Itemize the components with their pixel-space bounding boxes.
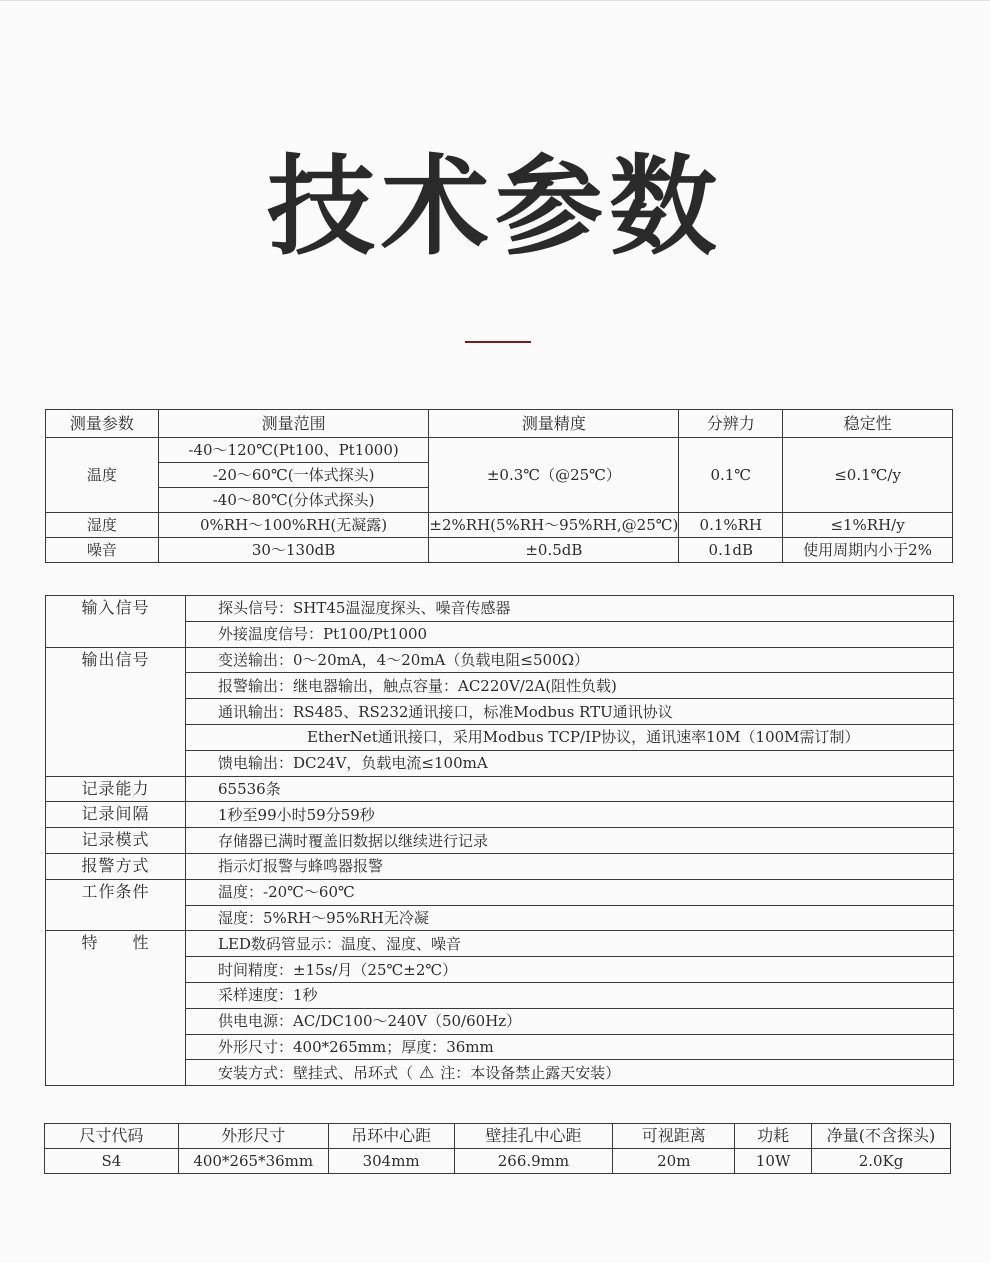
table-row: 工作条件 温度：-20℃～60℃ <box>46 879 954 905</box>
resolution-cell: 0.1%RH <box>679 513 783 538</box>
spec-value: 探头信号：SHT45温湿度探头、噪音传感器 <box>186 596 954 622</box>
spec-value: 馈电输出：DC24V，负载电流≤100mA <box>186 750 954 776</box>
page-title: 技术参数 <box>0 148 990 268</box>
spec-table: 输入信号 探头信号：SHT45温湿度探头、噪音传感器 外接温度信号：Pt100/… <box>45 595 954 1086</box>
value-cell: 266.9mm <box>454 1149 613 1174</box>
table-row: S4 400*265*36mm 304mm 266.9mm 20m 10W 2.… <box>45 1149 951 1174</box>
range-cell: -40～80℃(分体式探头) <box>158 488 429 513</box>
value-cell: 400*265*36mm <box>178 1149 328 1174</box>
spec-value: 存储器已满时覆盖旧数据以继续进行记录 <box>186 828 954 854</box>
spec-value: 采样速度：1秒 <box>186 982 954 1008</box>
table-row: 湿度 0%RH～100%RH(无凝露) ±2%RH(5%RH～95%RH,@25… <box>46 513 953 538</box>
spec-value: 变送输出：0～20mA，4～20mA（负载电阻≤500Ω） <box>186 647 954 673</box>
spec-label-alarm-mode: 报警方式 <box>46 853 186 879</box>
header-cell: 可视距离 <box>613 1124 735 1149</box>
table-header-row: 尺寸代码 外形尺寸 吊环中心距 壁挂孔中心距 可视距离 功耗 净量(不含探头) <box>45 1124 951 1149</box>
spec-label-input: 输入信号 <box>46 596 186 648</box>
header-cell: 外形尺寸 <box>178 1124 328 1149</box>
spec-value: 温度：-20℃～60℃ <box>186 879 954 905</box>
spec-value: 供电电源：AC/DC100～240V（50/60Hz） <box>186 1008 954 1034</box>
table-row: 温度 -40～120℃(Pt100、Pt1000) ±0.3℃（@25℃） 0.… <box>46 438 953 463</box>
spec-label-features: 特 性 <box>46 931 186 1086</box>
spec-value: EtherNet通讯接口，采用Modbus TCP/IP协议，通讯速率10M（1… <box>186 724 954 750</box>
accuracy-cell: ±0.3℃（@25℃） <box>429 438 679 513</box>
stability-cell: ≤0.1℃/y <box>783 438 953 513</box>
param-cell: 温度 <box>46 438 159 513</box>
table-row: 输出信号 变送输出：0～20mA，4～20mA（负载电阻≤500Ω） <box>46 647 954 673</box>
param-cell: 噪音 <box>46 538 159 563</box>
range-cell: 30～130dB <box>158 538 429 563</box>
header-cell: 功耗 <box>735 1124 812 1149</box>
spec-value: 指示灯报警与蜂鸣器报警 <box>186 853 954 879</box>
spec-label-record-mode: 记录模式 <box>46 828 186 854</box>
spec-label-working-conditions: 工作条件 <box>46 879 186 931</box>
stability-cell: 使用周期内小于2% <box>783 538 953 563</box>
resolution-cell: 0.1℃ <box>679 438 783 513</box>
spec-value: 外形尺寸：400*265mm；厚度：36mm <box>186 1034 954 1060</box>
dimension-table: 尺寸代码 外形尺寸 吊环中心距 壁挂孔中心距 可视距离 功耗 净量(不含探头) … <box>44 1123 951 1174</box>
header-cell: 吊环中心距 <box>328 1124 454 1149</box>
value-cell: 2.0Kg <box>812 1149 951 1174</box>
table-row: 报警方式 指示灯报警与蜂鸣器报警 <box>46 853 954 879</box>
spec-value: LED数码管显示：温度、湿度、噪音 <box>186 931 954 957</box>
value-cell: S4 <box>45 1149 179 1174</box>
header-cell: 测量参数 <box>46 410 159 438</box>
spec-value: 湿度：5%RH～95%RH无冷凝 <box>186 905 954 931</box>
spec-value: 通讯输出：RS485、RS232通讯接口，标准Modbus RTU通讯协议 <box>186 699 954 725</box>
accuracy-cell: ±0.5dB <box>429 538 679 563</box>
range-cell: 0%RH～100%RH(无凝露) <box>158 513 429 538</box>
value-cell: 304mm <box>328 1149 454 1174</box>
stability-cell: ≤1%RH/y <box>783 513 953 538</box>
param-cell: 湿度 <box>46 513 159 538</box>
value-cell: 10W <box>735 1149 812 1174</box>
range-cell: -20～60℃(一体式探头) <box>158 463 429 488</box>
accuracy-cell: ±2%RH(5%RH～95%RH,@25℃) <box>429 513 679 538</box>
spec-value: 外接温度信号：Pt100/Pt1000 <box>186 621 954 647</box>
header-cell: 净量(不含探头) <box>812 1124 951 1149</box>
header-cell: 壁挂孔中心距 <box>454 1124 613 1149</box>
measurement-table: 测量参数 测量范围 测量精度 分辨力 稳定性 温度 -40～120℃(Pt100… <box>45 409 953 563</box>
table-row: 记录模式 存储器已满时覆盖旧数据以继续进行记录 <box>46 828 954 854</box>
spec-value-install: 安装方式：壁挂式、吊环式（⚠注：本设备禁止露天安装） <box>186 1060 954 1086</box>
resolution-cell: 0.1dB <box>679 538 783 563</box>
spec-label-record-interval: 记录间隔 <box>46 802 186 828</box>
spec-value: 1秒至99小时59分59秒 <box>186 802 954 828</box>
table-header-row: 测量参数 测量范围 测量精度 分辨力 稳定性 <box>46 410 953 438</box>
spec-value: 时间精度：±15s/月（25℃±2℃） <box>186 957 954 983</box>
spec-value: 65536条 <box>186 776 954 802</box>
install-prefix: 安装方式：壁挂式、吊环式（ <box>218 1064 413 1082</box>
header-cell: 尺寸代码 <box>45 1124 179 1149</box>
header-cell: 稳定性 <box>783 410 953 438</box>
spec-label-output: 输出信号 <box>46 647 186 776</box>
value-cell: 20m <box>613 1149 735 1174</box>
header-cell: 测量精度 <box>429 410 679 438</box>
spec-value: 报警输出：继电器输出，触点容量：AC220V/2A(阻性负载) <box>186 673 954 699</box>
table-row: 记录能力 65536条 <box>46 776 954 802</box>
table-row: 输入信号 探头信号：SHT45温湿度探头、噪音传感器 <box>46 596 954 622</box>
top-divider <box>0 0 990 1</box>
title-accent-bar <box>465 341 531 343</box>
table-row: 噪音 30～130dB ±0.5dB 0.1dB 使用周期内小于2% <box>46 538 953 563</box>
range-cell: -40～120℃(Pt100、Pt1000) <box>158 438 429 463</box>
install-suffix: 注：本设备禁止露天安装） <box>440 1064 620 1082</box>
warning-icon: ⚠ <box>419 1061 434 1085</box>
header-cell: 测量范围 <box>158 410 429 438</box>
header-cell: 分辨力 <box>679 410 783 438</box>
table-row: 记录间隔 1秒至99小时59分59秒 <box>46 802 954 828</box>
spec-label-record-capacity: 记录能力 <box>46 776 186 802</box>
table-row: 特 性 LED数码管显示：温度、湿度、噪音 <box>46 931 954 957</box>
